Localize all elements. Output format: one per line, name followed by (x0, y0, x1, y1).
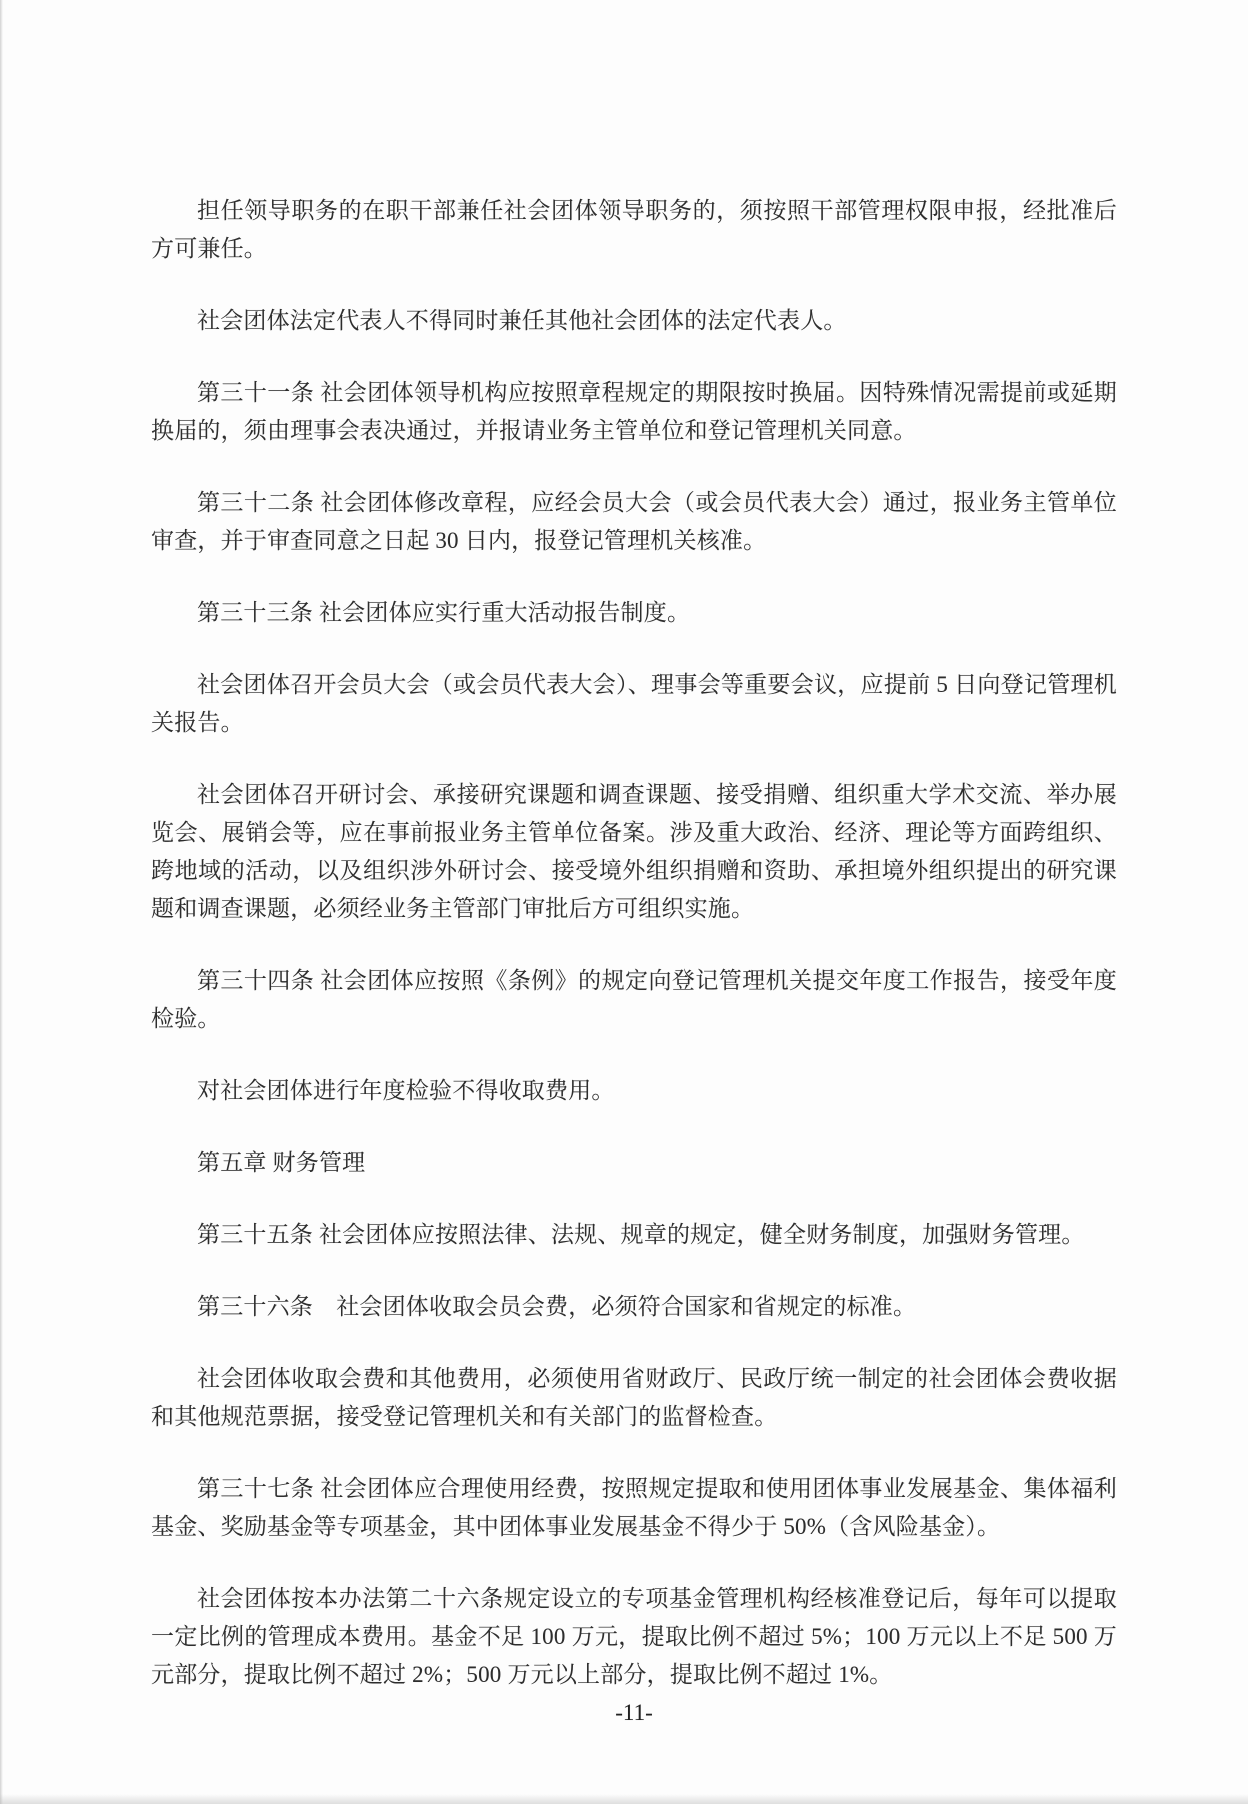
article-paragraph-33: 第三十三条 社会团体应实行重大活动报告制度。 (151, 594, 1117, 632)
document-page: 担任领导职务的在职干部兼任社会团体领导职务的，须按照干部管理权限申报，经批准后方… (0, 0, 1248, 1804)
article-paragraph-31: 第三十一条 社会团体领导机构应按照章程规定的期限按时换届。因特殊情况需提前或延期… (151, 374, 1117, 450)
article-paragraph-37: 第三十七条 社会团体应合理使用经费，按照规定提取和使用团体事业发展基金、集体福利… (151, 1470, 1117, 1546)
article-paragraph-35: 第三十五条 社会团体应按照法律、法规、规章的规定，健全财务制度，加强财务管理。 (151, 1216, 1117, 1254)
body-paragraph: 社会团体召开会员大会（或会员代表大会）、理事会等重要会议，应提前 5 日向登记管… (151, 666, 1117, 742)
page-number: -11- (151, 1694, 1117, 1732)
body-paragraph: 社会团体收取会费和其他费用，必须使用省财政厅、民政厅统一制定的社会团体会费收据和… (151, 1360, 1117, 1436)
article-paragraph-32: 第三十二条 社会团体修改章程，应经会员大会（或会员代表大会）通过，报业务主管单位… (151, 484, 1117, 560)
scan-bottom-edge (0, 1794, 1248, 1804)
article-paragraph-36: 第三十六条 社会团体收取会员会费，必须符合国家和省规定的标准。 (151, 1288, 1117, 1326)
body-paragraph: 对社会团体进行年度检验不得收取费用。 (151, 1072, 1117, 1110)
body-paragraph: 担任领导职务的在职干部兼任社会团体领导职务的，须按照干部管理权限申报，经批准后方… (151, 192, 1117, 268)
body-paragraph: 社会团体法定代表人不得同时兼任其他社会团体的法定代表人。 (151, 302, 1117, 340)
body-paragraph: 社会团体按本办法第二十六条规定设立的专项基金管理机构经核准登记后，每年可以提取一… (151, 1580, 1117, 1694)
chapter-heading: 第五章 财务管理 (151, 1144, 1117, 1182)
article-paragraph-34: 第三十四条 社会团体应按照《条例》的规定向登记管理机关提交年度工作报告，接受年度… (151, 962, 1117, 1038)
body-paragraph: 社会团体召开研讨会、承接研究课题和调查课题、接受捐赠、组织重大学术交流、举办展览… (151, 776, 1117, 928)
scan-left-edge (0, 0, 3, 1804)
document-body: 担任领导职务的在职干部兼任社会团体领导职务的，须按照干部管理权限申报，经批准后方… (151, 192, 1117, 1694)
